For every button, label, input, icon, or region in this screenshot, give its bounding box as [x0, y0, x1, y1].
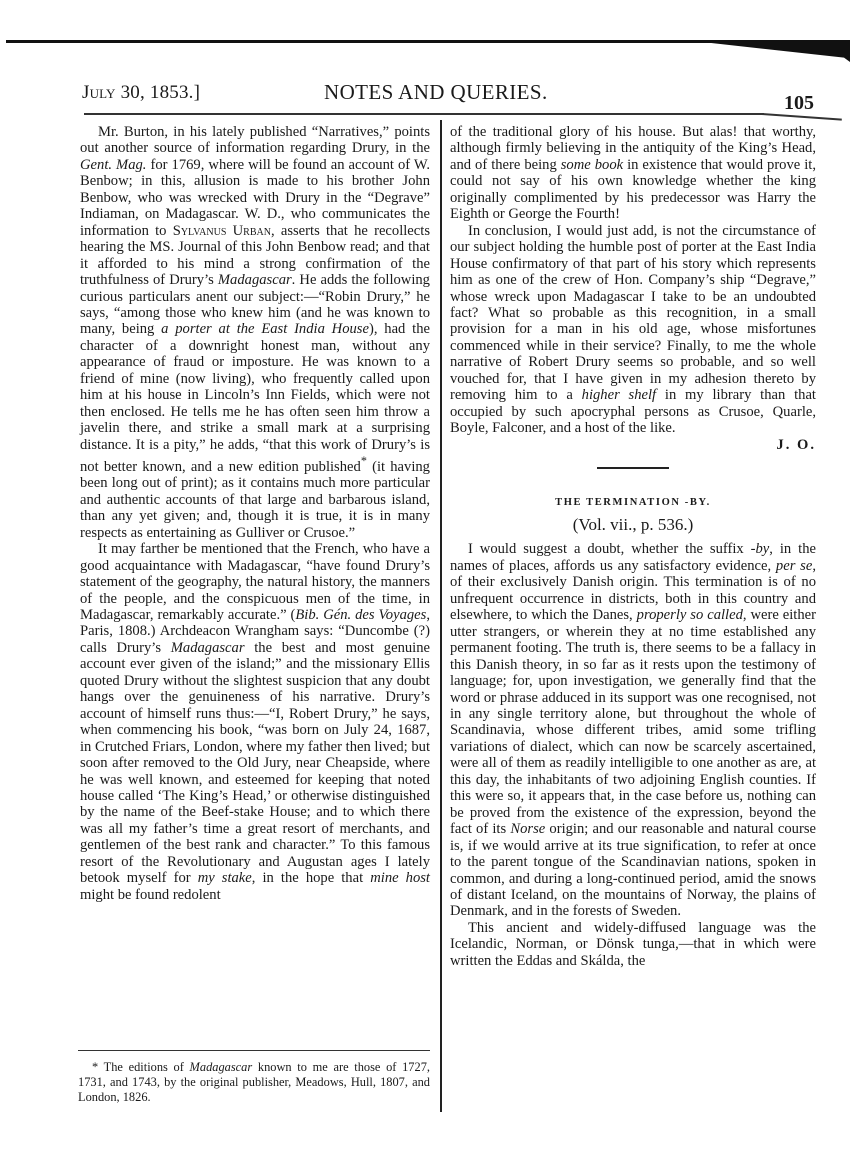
issue-date: July 30, 1853.]	[82, 82, 200, 104]
section-separator	[597, 467, 669, 469]
running-header: July 30, 1853.] NOTES AND QUERIES. 105	[82, 82, 822, 112]
paragraph-french-acquaintance: It may farther be mentioned that the Fre…	[80, 541, 430, 903]
left-column: Mr. Burton, in his lately published “Nar…	[80, 124, 430, 903]
page-number: 105	[784, 92, 814, 115]
page-corner-shadow	[700, 40, 850, 62]
author-signature: J. O.	[450, 437, 816, 453]
paragraph-conclusion: In conclusion, I would just add, is not …	[450, 223, 816, 437]
journal-title: NOTES AND QUERIES.	[324, 80, 548, 105]
footnote-rule	[78, 1050, 430, 1051]
column-divider	[440, 120, 442, 1112]
paragraph-traditional-glory: of the traditional glory of his house. B…	[450, 124, 816, 223]
paragraph-suffix-by: I would suggest a doubt, whether the suf…	[450, 541, 816, 919]
footnote: * The editions of Madagascar known to me…	[78, 1060, 430, 1105]
header-rule	[84, 113, 764, 115]
paragraph-burton-narratives: Mr. Burton, in his lately published “Nar…	[80, 124, 430, 541]
section-title: THE TERMINATION -BY.	[450, 495, 816, 511]
section-reference: (Vol. vii., p. 536.)	[450, 517, 816, 533]
paragraph-ancient-language: This ancient and widely-diffused languag…	[450, 920, 816, 969]
right-column: of the traditional glory of his house. B…	[450, 124, 816, 969]
footnote-text: * The editions of Madagascar known to me…	[78, 1060, 430, 1105]
